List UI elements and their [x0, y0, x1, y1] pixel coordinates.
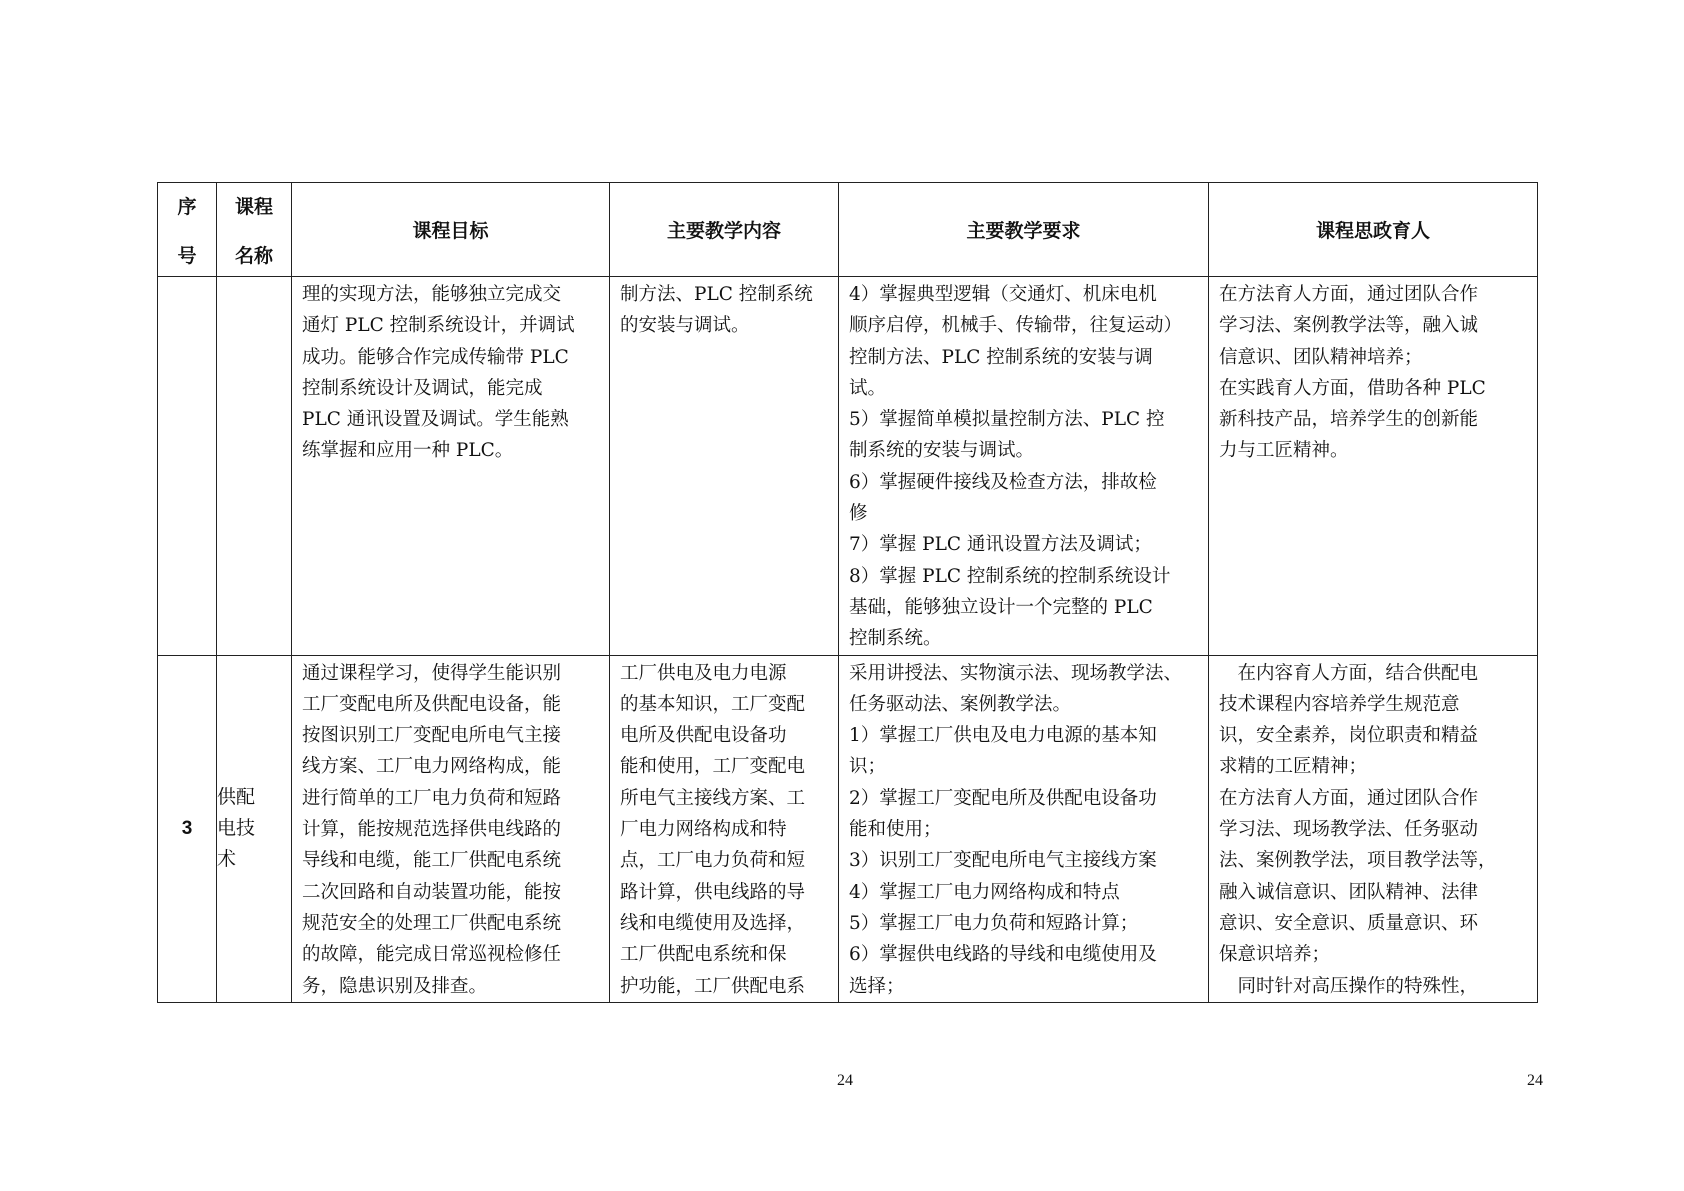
header-name-line: 课程 [235, 192, 273, 219]
text-line: 识，安全素养，岗位职责和精益 [1219, 720, 1528, 751]
header-teaching-content: 主要教学内容 [610, 183, 839, 277]
text-line: 学习法、案例教学法等，融入诚 [1219, 310, 1528, 341]
text-line: 工厂变配电所及供配电设备，能 [302, 689, 600, 720]
text-line: 技术课程内容培养学生规范意 [1219, 689, 1528, 720]
text-line: 电技 [217, 813, 291, 844]
text-line: 法、案例教学法，项目教学法等， [1219, 845, 1528, 876]
text-line: 基础，能够独立设计一个完整的 PLC [849, 592, 1199, 623]
text-line: 4）掌握工厂电力网络构成和特点 [849, 877, 1199, 908]
text-line: 学习法、现场教学法、任务驱动 [1219, 814, 1528, 845]
header-index: 序 号 [158, 183, 217, 277]
text-line: 制系统的安装与调试。 [849, 435, 1199, 466]
text-line: 同时针对高压操作的特殊性， [1219, 971, 1528, 1002]
table-row: 3 供配 电技 术 通过课程学习，使得学生能识别 工厂变配电所及供配电设备，能 … [158, 655, 1538, 1002]
text-line: 5）掌握简单模拟量控制方法、PLC 控 [849, 404, 1199, 435]
text-line: 电所及供配电设备功 [620, 720, 829, 751]
text-line: 路计算，供电线路的导 [620, 877, 829, 908]
text-line: 进行简单的工厂电力负荷和短路 [302, 783, 600, 814]
text-line: 线和电缆使用及选择， [620, 908, 829, 939]
text-line: 控制方法、PLC 控制系统的安装与调 [849, 342, 1199, 373]
row-ideology-education: 在方法育人方面，通过团队合作 学习法、案例教学法等，融入诚 信意识、团队精神培养… [1209, 277, 1538, 656]
text-line: 点，工厂电力负荷和短 [620, 845, 829, 876]
text-line: 求精的工匠精神； [1219, 751, 1528, 782]
header-course-goal: 课程目标 [292, 183, 610, 277]
text-line: 3）识别工厂变配电所电气主接线方案 [849, 845, 1199, 876]
row-course-goal: 理的实现方法，能够独立完成交 通灯 PLC 控制系统设计，并调试 成功。能够合作… [292, 277, 610, 656]
text-line: 在内容育人方面，结合供配电 [1219, 658, 1528, 689]
text-line: 供配 [217, 782, 291, 813]
text-line: 8）掌握 PLC 控制系统的控制系统设计 [849, 561, 1199, 592]
text-line: 的安装与调试。 [620, 310, 829, 341]
text-line: 线方案、工厂电力网络构成，能 [302, 751, 600, 782]
header-index-line: 序 [177, 192, 196, 219]
text-line: 工厂供配电系统和保 [620, 939, 829, 970]
text-line: 能和使用，工厂变配电 [620, 751, 829, 782]
text-line: 在方法育人方面，通过团队合作 [1219, 783, 1528, 814]
text-line: 意识、安全意识、质量意识、环 [1219, 908, 1528, 939]
text-line: 5）掌握工厂电力负荷和短路计算； [849, 908, 1199, 939]
text-line: 计算，能按规范选择供电线路的 [302, 814, 600, 845]
text-line: 术 [217, 844, 291, 875]
text-line: 采用讲授法、实物演示法、现场教学法、 [849, 658, 1199, 689]
row-teaching-requirements: 4）掌握典型逻辑（交通灯、机床电机 顺序启停，机械手、传输带，往复运动） 控制方… [839, 277, 1209, 656]
text-line: 成功。能够合作完成传输带 PLC [302, 342, 600, 373]
page-number-center: 24 [837, 1072, 853, 1090]
text-line: 新科技产品，培养学生的创新能 [1219, 404, 1528, 435]
text-line: 能和使用； [849, 814, 1199, 845]
course-table: 序 号 课程 名称 课程目标 主要教学内容 主要教学要求 课程思政育人 理的实现… [157, 182, 1538, 1003]
header-course-name: 课程 名称 [217, 183, 292, 277]
text-line: 所电气主接线方案、工 [620, 783, 829, 814]
text-line: 的故障，能完成日常巡视检修任 [302, 939, 600, 970]
text-line: 厂电力网络构成和特 [620, 814, 829, 845]
text-line: 融入诚信意识、团队精神、法律 [1219, 877, 1528, 908]
text-line: 的基本知识，工厂变配 [620, 689, 829, 720]
text-line: 按图识别工厂变配电所电气主接 [302, 720, 600, 751]
text-line: PLC 通讯设置及调试。学生能熟 [302, 404, 600, 435]
page-number-right: 24 [1527, 1072, 1543, 1090]
text-line: 练掌握和应用一种 PLC。 [302, 435, 600, 466]
text-line: 2）掌握工厂变配电所及供配电设备功 [849, 783, 1199, 814]
text-line: 选择； [849, 971, 1199, 1002]
text-line: 信意识、团队精神培养； [1219, 342, 1528, 373]
row-course-name: 供配 电技 术 [217, 655, 292, 1002]
text-line: 务，隐患识别及排查。 [302, 971, 600, 1002]
text-line: 任务驱动法、案例教学法。 [849, 689, 1199, 720]
text-line: 修 [849, 498, 1199, 529]
text-line: 通过课程学习，使得学生能识别 [302, 658, 600, 689]
text-line: 通灯 PLC 控制系统设计，并调试 [302, 310, 600, 341]
row-teaching-content: 工厂供电及电力电源 的基本知识，工厂变配 电所及供配电设备功 能和使用，工厂变配… [610, 655, 839, 1002]
text-line: 1）掌握工厂供电及电力电源的基本知 [849, 720, 1199, 751]
text-line: 在方法育人方面，通过团队合作 [1219, 279, 1528, 310]
row-index: 3 [158, 655, 217, 1002]
text-line: 识； [849, 751, 1199, 782]
text-line: 力与工匠精神。 [1219, 435, 1528, 466]
text-line: 7）掌握 PLC 通讯设置方法及调试； [849, 529, 1199, 560]
text-line: 在实践育人方面，借助各种 PLC [1219, 373, 1528, 404]
row-course-name [217, 277, 292, 656]
header-index-line: 号 [177, 241, 196, 268]
text-line: 规范安全的处理工厂供配电系统 [302, 908, 600, 939]
text-line: 6）掌握供电线路的导线和电缆使用及 [849, 939, 1199, 970]
header-name-line: 名称 [235, 241, 273, 268]
table-row: 理的实现方法，能够独立完成交 通灯 PLC 控制系统设计，并调试 成功。能够合作… [158, 277, 1538, 656]
text-line: 二次回路和自动装置功能，能按 [302, 877, 600, 908]
text-line: 导线和电缆，能工厂供配电系统 [302, 845, 600, 876]
row-course-goal: 通过课程学习，使得学生能识别 工厂变配电所及供配电设备，能 按图识别工厂变配电所… [292, 655, 610, 1002]
text-line: 工厂供电及电力电源 [620, 658, 829, 689]
table-header-row: 序 号 课程 名称 课程目标 主要教学内容 主要教学要求 课程思政育人 [158, 183, 1538, 277]
text-line: 护功能，工厂供配电系 [620, 971, 829, 1002]
text-line: 制方法、PLC 控制系统 [620, 279, 829, 310]
text-line: 保意识培养； [1219, 939, 1528, 970]
header-teaching-requirements: 主要教学要求 [839, 183, 1209, 277]
row-teaching-requirements: 采用讲授法、实物演示法、现场教学法、 任务驱动法、案例教学法。 1）掌握工厂供电… [839, 655, 1209, 1002]
text-line: 顺序启停，机械手、传输带，往复运动） [849, 310, 1199, 341]
header-ideology-education: 课程思政育人 [1209, 183, 1538, 277]
row-teaching-content: 制方法、PLC 控制系统 的安装与调试。 [610, 277, 839, 656]
text-line: 理的实现方法，能够独立完成交 [302, 279, 600, 310]
text-line: 控制系统设计及调试，能完成 [302, 373, 600, 404]
row-index [158, 277, 217, 656]
text-line: 控制系统。 [849, 623, 1199, 654]
text-line: 4）掌握典型逻辑（交通灯、机床电机 [849, 279, 1199, 310]
text-line: 试。 [849, 373, 1199, 404]
row-ideology-education: 在内容育人方面，结合供配电 技术课程内容培养学生规范意 识，安全素养，岗位职责和… [1209, 655, 1538, 1002]
text-line: 6）掌握硬件接线及检查方法，排故检 [849, 467, 1199, 498]
